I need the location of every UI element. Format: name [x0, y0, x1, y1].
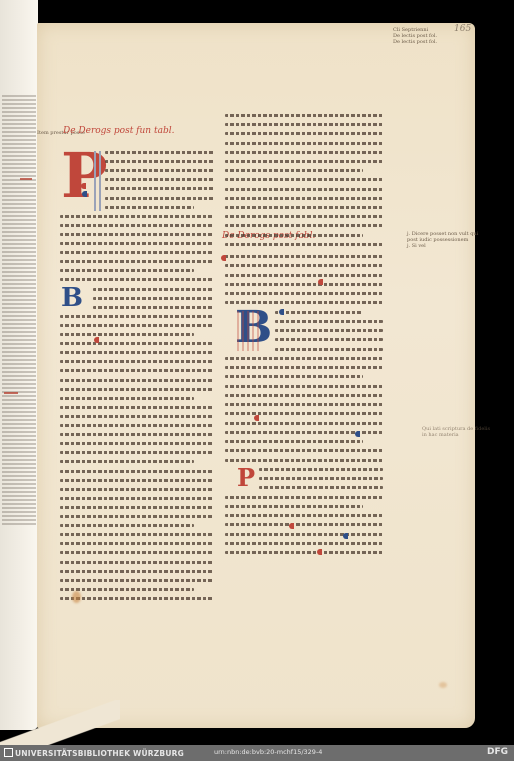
left-facing-page [0, 0, 38, 730]
text-line [60, 406, 214, 409]
text-line [105, 197, 214, 200]
text-line [225, 357, 383, 360]
text-line [60, 470, 214, 473]
text-line [60, 533, 214, 536]
text-line [259, 477, 383, 480]
text-line [225, 403, 383, 406]
top-right-note: Cli Septrienni De lectis post fol. De le… [393, 27, 437, 45]
manuscript-page: 165 Cli Septrienni De lectis post fol. D… [37, 23, 475, 728]
text-line [60, 397, 194, 400]
text-line [275, 329, 383, 332]
text-line [60, 506, 214, 509]
left-column-rubric: De Derogs post fun tabl. [63, 126, 174, 136]
urn-label[interactable]: urn:nbn:de:bvb:20-mchf15/329-4 [214, 748, 322, 756]
paragraph-mark [317, 549, 322, 555]
text-line [225, 375, 363, 378]
right-margin-note-lower: Qui lati scriptura de fidelis in hac mat… [422, 426, 490, 438]
text-line [225, 412, 383, 415]
paragraph-mark [254, 415, 259, 421]
library-logo-icon [4, 748, 13, 757]
text-line [60, 351, 214, 354]
text-line [225, 123, 383, 126]
text-line [60, 269, 194, 272]
page-curl [0, 700, 120, 745]
text-line [60, 369, 214, 372]
text-line [60, 388, 214, 391]
text-line [60, 415, 214, 418]
text-line [93, 297, 214, 300]
text-line [275, 320, 383, 323]
folio-number: 165 [454, 24, 471, 34]
text-line [225, 551, 383, 554]
text-line [60, 488, 214, 491]
text-line [60, 515, 214, 518]
text-line [60, 242, 214, 245]
library-label[interactable]: UNIVERSITÄTSBIBLIOTHEK WÜRZBURG [4, 748, 184, 758]
initial-filigree [94, 151, 98, 211]
left-page-text-block [2, 95, 36, 525]
text-line [225, 142, 383, 145]
text-line [60, 233, 214, 236]
initial-b-blue: B [61, 285, 83, 311]
text-line [225, 264, 383, 267]
right-margin-note: j. Dicere posset non vult qui post iudic… [407, 231, 478, 249]
text-line [60, 588, 194, 591]
text-line [225, 132, 383, 135]
text-line [60, 215, 214, 218]
text-line [225, 523, 383, 526]
paragraph-mark [355, 431, 360, 437]
text-line [225, 385, 383, 388]
text-line [275, 338, 383, 341]
paragraph-mark [81, 183, 86, 189]
text-line [60, 433, 214, 436]
paragraph-mark [221, 255, 226, 261]
text-line [225, 160, 383, 163]
initial-filigree [237, 311, 259, 351]
text-line [225, 224, 383, 227]
text-line [225, 422, 383, 425]
viewer-footer: UNIVERSITÄTSBIBLIOTHEK WÜRZBURG urn:nbn:… [0, 745, 514, 761]
text-line [225, 533, 383, 536]
text-line [225, 496, 383, 499]
text-line [225, 151, 383, 154]
text-line [225, 394, 383, 397]
text-line [60, 542, 214, 545]
paragraph-mark [94, 337, 99, 343]
text-line [105, 151, 214, 154]
stain [439, 682, 447, 688]
text-line [225, 449, 383, 452]
text-line [60, 524, 194, 527]
text-line [60, 460, 194, 463]
text-line [225, 542, 383, 545]
paragraph-mark [318, 279, 323, 285]
text-line [275, 348, 383, 351]
text-line [60, 479, 214, 482]
stain [72, 591, 81, 603]
text-line [275, 311, 363, 314]
text-line [225, 514, 383, 517]
text-line [225, 197, 383, 200]
text-line [60, 315, 214, 318]
text-line [60, 342, 214, 345]
text-line [225, 283, 383, 286]
text-line [93, 288, 214, 291]
paragraph-mark [279, 309, 284, 315]
left-page-rubric-mark [20, 178, 32, 180]
text-line [60, 333, 194, 336]
text-line [60, 360, 214, 363]
text-line [225, 234, 363, 237]
text-line [225, 301, 383, 304]
text-line [105, 187, 214, 190]
paragraph-mark [289, 523, 294, 529]
text-line [105, 178, 214, 181]
text-line [60, 278, 214, 281]
text-line [225, 169, 363, 172]
text-line [225, 188, 383, 191]
dfg-logo[interactable]: DFG [487, 747, 508, 757]
text-line [60, 570, 214, 573]
paragraph-mark [343, 533, 348, 539]
text-line [225, 178, 383, 181]
left-page-rubric-mark [4, 392, 18, 394]
text-line [60, 579, 214, 582]
text-line [60, 597, 214, 600]
text-line [60, 379, 214, 382]
text-line [60, 551, 214, 554]
text-line [60, 251, 214, 254]
text-line [225, 206, 383, 209]
text-line [225, 366, 383, 369]
initial-filigree [99, 151, 103, 211]
text-line [105, 206, 194, 209]
text-line [60, 260, 214, 263]
text-line [259, 486, 383, 489]
text-line [60, 324, 214, 327]
initial-p-red: P [237, 466, 255, 490]
text-line [60, 451, 214, 454]
manuscript-viewport[interactable]: 165 Cli Septrienni De lectis post fol. D… [0, 0, 514, 745]
text-line [93, 306, 214, 309]
text-line [225, 274, 383, 277]
text-line [259, 468, 383, 471]
text-line [225, 440, 363, 443]
text-line [225, 505, 363, 508]
text-line [225, 114, 383, 117]
text-line [60, 424, 214, 427]
text-line [60, 561, 214, 564]
text-line [60, 442, 214, 445]
text-line [225, 215, 383, 218]
text-line [60, 224, 214, 227]
text-line [225, 292, 383, 295]
paragraph-mark [82, 191, 87, 197]
text-line [225, 459, 383, 462]
text-line [60, 497, 214, 500]
text-line [105, 169, 214, 172]
text-line [225, 243, 383, 246]
text-line [225, 255, 383, 258]
text-line [105, 160, 214, 163]
